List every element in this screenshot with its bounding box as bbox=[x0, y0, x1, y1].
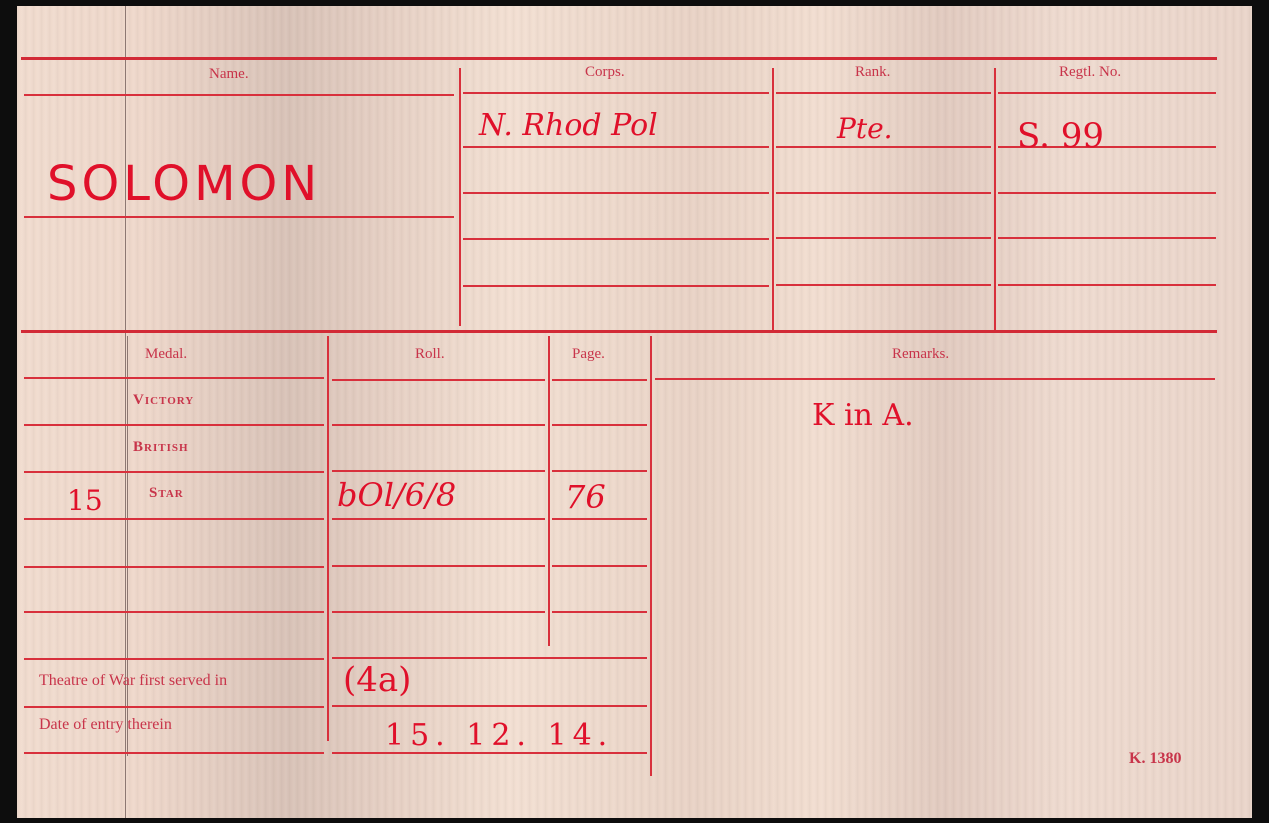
regtl-rule-4 bbox=[998, 237, 1216, 239]
middle-rule bbox=[21, 330, 1217, 333]
medal-fold-line bbox=[127, 336, 128, 756]
regtl-no-label: Regtl. No. bbox=[1059, 64, 1121, 81]
medal-victory: Victory bbox=[133, 392, 194, 409]
medal-british: British bbox=[133, 439, 189, 456]
corps-divider bbox=[459, 68, 461, 326]
rank-value: Pte. bbox=[837, 112, 893, 145]
roll-header: Roll. bbox=[415, 346, 445, 363]
rank-rule-5 bbox=[776, 284, 991, 286]
roll-rule-2 bbox=[332, 424, 545, 426]
medal-rule-2 bbox=[24, 424, 324, 426]
page-rule-2 bbox=[552, 424, 647, 426]
roll-rule-4 bbox=[332, 518, 545, 520]
rank-label: Rank. bbox=[855, 64, 890, 81]
page-rule-5 bbox=[552, 565, 647, 567]
date-value: 15. 12. 14. bbox=[385, 718, 613, 753]
remarks-value: K in A. bbox=[812, 398, 914, 433]
soldier-name: SOLOMON bbox=[47, 156, 321, 212]
medal-index-card: Name. Corps. Rank. Regtl. No. SOLOMON N.… bbox=[17, 6, 1252, 818]
star-roll: bOl/6/8 bbox=[337, 476, 456, 514]
date-rule bbox=[24, 752, 324, 754]
star-page: 76 bbox=[565, 478, 606, 516]
medal-rule-3 bbox=[24, 471, 324, 473]
name-underline bbox=[24, 216, 454, 218]
regtl-rule-5 bbox=[998, 284, 1216, 286]
roll-rule-1 bbox=[332, 379, 545, 381]
regtl-no-value: S. 99 bbox=[1017, 116, 1104, 156]
remarks-header: Remarks. bbox=[892, 346, 949, 363]
corps-rule-1 bbox=[463, 92, 769, 94]
remarks-rule bbox=[655, 378, 1215, 380]
theatre-value-rule-bottom bbox=[332, 705, 647, 707]
corps-label: Corps. bbox=[585, 64, 625, 81]
page-divider bbox=[548, 336, 550, 646]
medal-rule-1 bbox=[24, 377, 324, 379]
corps-rule-5 bbox=[463, 285, 769, 287]
remarks-divider bbox=[650, 336, 652, 776]
name-label: Name. bbox=[209, 66, 249, 83]
rank-rule-1 bbox=[776, 92, 991, 94]
corps-rule-3 bbox=[463, 192, 769, 194]
top-rule bbox=[21, 57, 1217, 60]
corps-value: N. Rhod Pol bbox=[479, 108, 658, 143]
date-label: Date of entry therein bbox=[39, 716, 172, 734]
roll-divider bbox=[327, 336, 329, 741]
medal-rule-5 bbox=[24, 566, 324, 568]
theatre-label: Theatre of War first served in bbox=[39, 672, 227, 690]
theatre-value: (4a) bbox=[343, 660, 411, 700]
page-rule-1 bbox=[552, 379, 647, 381]
rank-rule-3 bbox=[776, 192, 991, 194]
regtl-divider bbox=[994, 68, 996, 330]
roll-rule-3 bbox=[332, 470, 545, 472]
theatre-value-rule-top bbox=[332, 657, 647, 659]
rank-rule-2 bbox=[776, 146, 991, 148]
regtl-rule-1 bbox=[998, 92, 1216, 94]
form-number: K. 1380 bbox=[1129, 750, 1181, 768]
rank-rule-4 bbox=[776, 237, 991, 239]
rank-divider bbox=[772, 68, 774, 330]
regtl-rule-3 bbox=[998, 192, 1216, 194]
theatre-rule-bottom bbox=[24, 706, 324, 708]
roll-rule-6 bbox=[332, 611, 545, 613]
name-header-rule bbox=[24, 94, 454, 96]
star-prefix: 15 bbox=[67, 484, 103, 517]
corps-rule-4 bbox=[463, 238, 769, 240]
medal-header: Medal. bbox=[145, 346, 187, 363]
fold-line bbox=[125, 6, 126, 818]
page-header: Page. bbox=[572, 346, 605, 363]
medal-rule-6 bbox=[24, 611, 324, 613]
medal-rule-4 bbox=[24, 518, 324, 520]
page-rule-4 bbox=[552, 518, 647, 520]
medal-star: Star bbox=[149, 485, 184, 502]
roll-rule-5 bbox=[332, 565, 545, 567]
corps-rule-2 bbox=[463, 146, 769, 148]
theatre-rule-top bbox=[24, 658, 324, 660]
page-rule-3 bbox=[552, 470, 647, 472]
page-rule-6 bbox=[552, 611, 647, 613]
